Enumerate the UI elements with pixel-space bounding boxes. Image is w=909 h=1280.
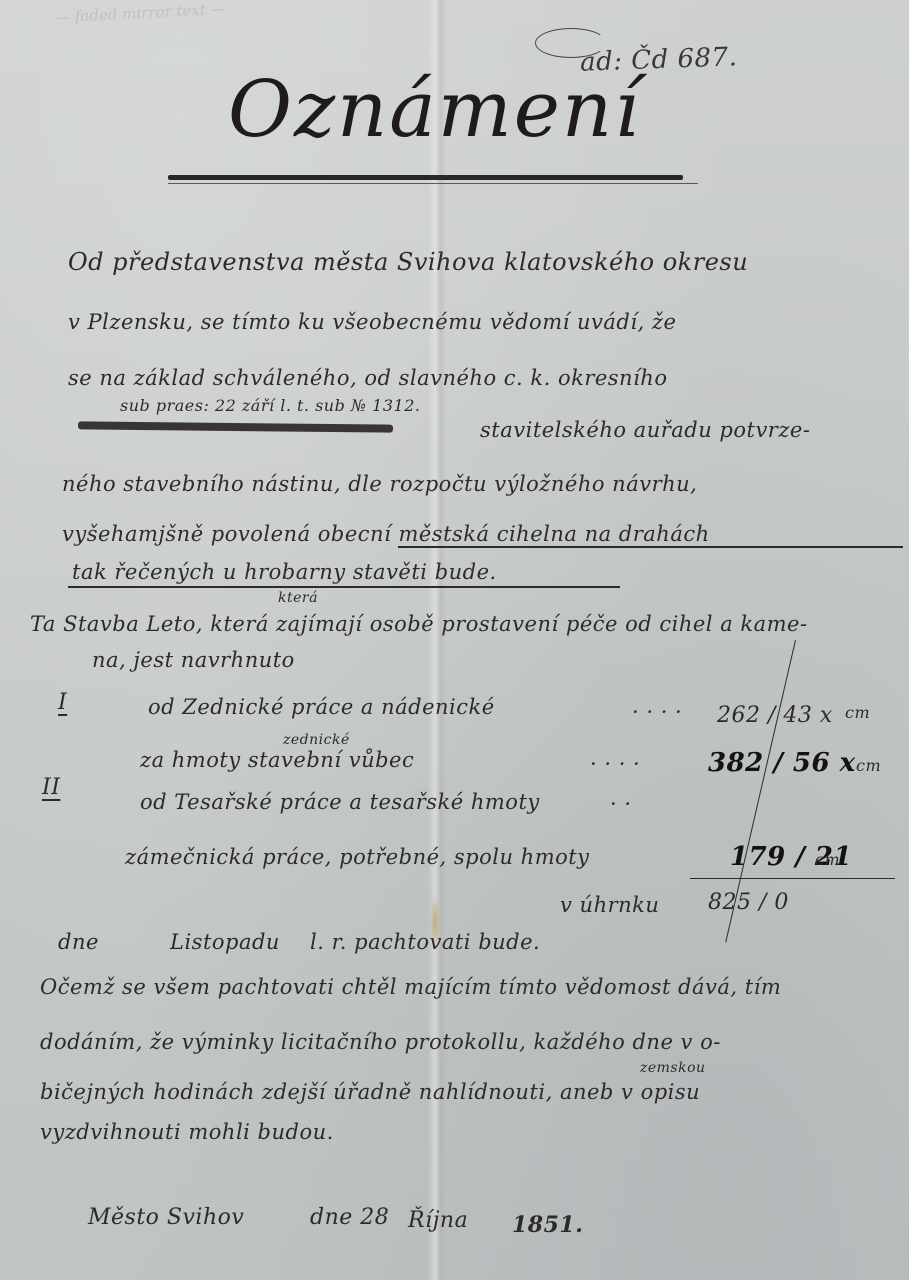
unit-I-2: cm — [856, 756, 881, 775]
title-underline — [168, 175, 683, 180]
p3-line-1: Očemž se všem pachtovati chtěl majícím t… — [40, 975, 781, 999]
cost-I-line-2-dots: · · · · — [590, 752, 640, 776]
sum-rule — [690, 878, 895, 879]
closing-place: Město Svihov — [88, 1205, 244, 1230]
cost-I-line-1: od Zednické práce a nádenické — [148, 695, 495, 719]
roman-numeral-II: II — [42, 775, 60, 800]
p1-line-7: tak řečených u hrobarny stavěti bude. — [72, 560, 497, 584]
total-label: v úhrnku — [560, 893, 659, 917]
p1-line-6: vyšehamjšně povolená obecní městská cihe… — [62, 522, 710, 546]
cost-II-line-2: zámečnická práce, potřebné, spolu hmoty — [125, 845, 590, 869]
closing-date-prefix: dne 28 — [310, 1205, 389, 1230]
cost-I-line-1-dots: · · · · — [632, 700, 682, 724]
auction-prefix: dne — [58, 930, 99, 954]
auction-month: Listopadu — [170, 930, 280, 954]
unit-II-2: cm — [815, 850, 840, 869]
p3-line-4: vyzdvihnouti mohli budou. — [40, 1120, 334, 1144]
title-underline-thin — [168, 183, 698, 184]
interlinear-insert-ref: sub praes: 22 září l. t. sub № 1312. — [120, 396, 420, 415]
cost-I-line-2: za hmoty stavební vůbec — [140, 748, 414, 772]
document-title: Oznámení — [228, 65, 641, 155]
p1-line-1: Od představenstva města Svihova klatovsk… — [68, 248, 748, 276]
closing-year: 1851. — [512, 1212, 583, 1238]
amount-I-2: 382 / 56 x — [708, 748, 856, 778]
p2-line-1: Ta Stavba Leto, která zajímají osobě pro… — [30, 612, 808, 636]
roman-numeral-I: I — [58, 690, 67, 715]
cost-II-line-1-dots: · · — [610, 792, 632, 816]
auction-suffix: l. r. pachtovati bude. — [310, 930, 540, 954]
p1-line-2: v Plzensku, se tímto ku všeobecnému vědo… — [68, 310, 676, 334]
insert-ktera: která — [278, 590, 318, 606]
p3-line-2: dodáním, že výminky licitačního protokol… — [40, 1030, 721, 1054]
closing-month: Října — [408, 1208, 468, 1233]
insert-zemskou: zemskou — [640, 1060, 706, 1076]
cost-II-line-1: od Tesařské práce a tesařské hmoty — [140, 790, 540, 814]
p1-line-4: stavitelského auřadu potvrze- — [480, 418, 810, 442]
underline-cihelna — [398, 546, 903, 548]
underline-hrobarny — [68, 586, 620, 588]
p1-line-3: se na základ schváleného, od slavného c.… — [68, 366, 667, 390]
unit-I-1: cm — [845, 703, 870, 722]
total-amount: 825 / 0 — [708, 890, 789, 915]
insert-zednicke: zednické — [283, 732, 350, 748]
p1-line-5: ného stavebního nástinu, dle rozpočtu vý… — [62, 472, 697, 496]
p3-line-3: bičejných hodinách zdejší úřadně nahlídn… — [40, 1080, 700, 1104]
p2-line-2: na, jest navrhnuto — [92, 648, 295, 672]
